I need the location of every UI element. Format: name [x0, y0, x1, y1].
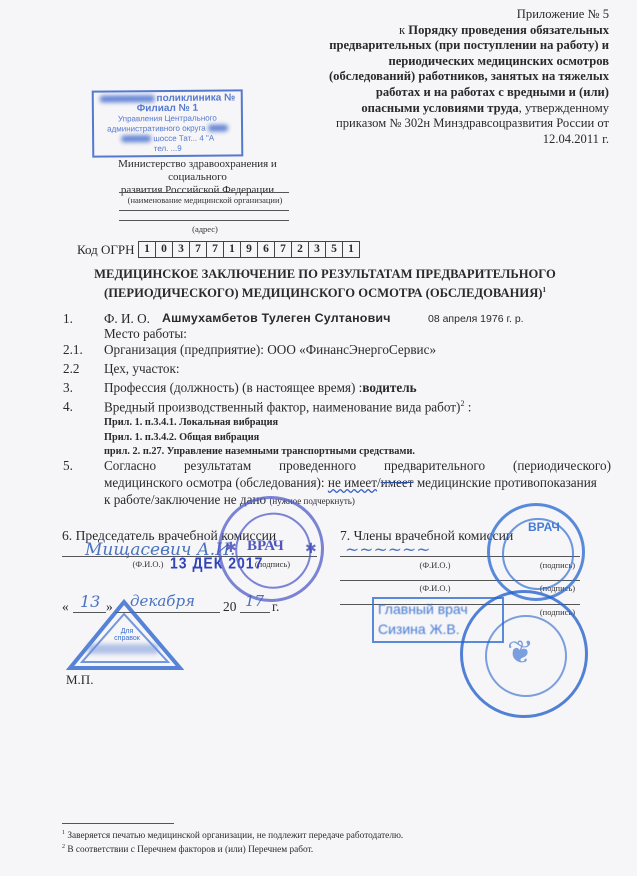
fio-caption: (Ф.И.О.) [415, 560, 455, 570]
conclusion-option-struck: имеет [381, 475, 414, 490]
stamp-vrach-text: ВРАЧ [247, 538, 284, 555]
eagle-emblem-icon: ❦ [507, 633, 534, 671]
triangle-stamp-text: Для справок [112, 628, 142, 642]
word: предварительного [384, 458, 485, 474]
conclusion-text: медицинские противопоказания [414, 475, 597, 490]
item-number: 2.2 [63, 361, 79, 377]
date-of-birth: 08 апреля 1976 г. р. [428, 313, 524, 325]
ministry-line-1: Министерство здравоохранения и социально… [90, 158, 305, 184]
member-round-stamp [487, 503, 585, 601]
footnote-divider [62, 823, 174, 824]
date-year-prefix: 20 [223, 599, 236, 615]
ogrn-label: Код ОГРН [77, 242, 135, 258]
ogrn-digit: 7 [275, 242, 292, 257]
footnote-mark: 1 [542, 286, 546, 294]
conclusion-line-1: Согласно результатам проведенного предва… [104, 458, 611, 474]
ogrn-digit: 9 [241, 242, 258, 257]
ogrn-digit: 1 [343, 242, 359, 257]
stamp-line: шоссе Тат... 4 "А [153, 134, 214, 144]
ogrn-digit: 7 [190, 242, 207, 257]
address-line-2 [119, 220, 289, 221]
ogrn-digit: 0 [156, 242, 173, 257]
appendix-prefix: к [399, 23, 408, 37]
department-label: Цех, участок: [104, 361, 180, 377]
conclusion-option-selected: не имеет [328, 475, 377, 490]
fio-value: Ашмухамбетов Тулеген Султанович [162, 311, 391, 325]
stamp-vrach-text: ВРАЧ [528, 520, 560, 534]
word: проведенного [279, 458, 356, 474]
organization-value: ООО «ФинансЭнергоСервис» [267, 342, 436, 357]
ogrn-digit: 2 [292, 242, 309, 257]
footnote-text: В соответствии с Перечнем факторов и (ил… [67, 845, 313, 855]
conclusion-text: медицинского осмотра (обследования): [104, 475, 328, 490]
ogrn-digit: 3 [309, 242, 326, 257]
fio-caption: (Ф.И.О.) [128, 559, 168, 569]
stamp-line: тел. ...9 [154, 144, 182, 153]
official-seal: ❦ [460, 590, 588, 718]
item-number: 1. [63, 311, 73, 327]
stamp-line: Управления Центрального [118, 114, 217, 124]
org-name-caption: (наименование медицинской организации) [100, 195, 310, 205]
footnote-text: Заверяется печатью медицинской организац… [67, 831, 403, 841]
appendix-number: Приложение № 5 [319, 7, 609, 23]
year-line [240, 612, 270, 613]
stamp-line: административного округа [107, 124, 206, 134]
address-line-1 [119, 210, 289, 211]
workplace-label: Место работы: [104, 326, 187, 342]
conclusion-line-2: медицинского осмотра (обследования): не … [104, 475, 597, 491]
hazards-label: Вредный производственный фактор, наимено… [104, 399, 471, 415]
hazards-colon: : [464, 399, 471, 414]
word: (периодического) [513, 458, 611, 474]
footnote-2: 2 В соответствии с Перечнем факторов и (… [62, 844, 313, 855]
footnote-mark: 2 [62, 844, 65, 850]
hazards-label-text: Вредный производственный фактор, наимено… [104, 399, 460, 414]
title-line-2: (ПЕРИОДИЧЕСКОГО) МЕДИЦИНСКОГО ОСМОТРА (О… [104, 286, 542, 300]
seal-place-label: М.П. [66, 672, 93, 688]
member-signature: ~~~~~~ [345, 540, 430, 560]
title-line-1: МЕДИЦИНСКОЕ ЗАКЛЮЧЕНИЕ ПО РЕЗУЛЬТАТАМ ПР… [70, 266, 580, 282]
organization-field: Организация (предприятие): ООО «ФинансЭн… [104, 342, 436, 358]
ogrn-code: 1037719672351 [138, 241, 360, 258]
appendix-note: Приложение № 5 к Порядку проведения обяз… [319, 7, 609, 147]
star-icon: ✱ [305, 541, 317, 558]
hazard-item: Прил. 1. п.3.4.1. Локальная вибрация [104, 417, 278, 428]
ogrn-digit: 6 [258, 242, 275, 257]
ogrn-digit: 3 [173, 242, 190, 257]
item-number: 5. [63, 458, 73, 474]
item-number: 4. [63, 399, 73, 415]
address-caption: (адрес) [100, 224, 310, 234]
hazard-item: прил. 2. п.27. Управление наземными тран… [104, 446, 415, 457]
profession-field: Профессия (должность) (в настоящее время… [104, 380, 417, 396]
item-number: 3. [63, 380, 73, 396]
ogrn-digit: 5 [326, 242, 343, 257]
organization-stamp: поликлиника № Филиал № 1 Управления Цент… [92, 89, 244, 157]
fio-label: Ф. И. О. [104, 311, 150, 327]
hazard-item: Прил. 1. п.3.4.2. Общая вибрация [104, 432, 259, 443]
document-title: МЕДИЦИНСКОЕ ЗАКЛЮЧЕНИЕ ПО РЕЗУЛЬТАТАМ ПР… [70, 266, 580, 301]
word: результатам [184, 458, 251, 474]
ogrn-digit: 1 [224, 242, 241, 257]
fio-caption: (Ф.И.О.) [415, 583, 455, 593]
ogrn-digit: 1 [139, 242, 156, 257]
profession-label: Профессия (должность) (в настоящее время… [104, 380, 362, 395]
organization-label: Организация (предприятие): [104, 342, 267, 357]
profession-value: водитель [362, 380, 416, 395]
conclusion-line-3: к работе/заключение не дано (нужное подч… [104, 492, 355, 508]
footnote-1: 1 Заверяется печатью медицинской организ… [62, 830, 403, 841]
item-number: 2.1. [63, 342, 83, 358]
ogrn-digit: 7 [207, 242, 224, 257]
word: Согласно [104, 458, 156, 474]
org-name-line [119, 192, 289, 193]
footnote-mark: 1 [62, 830, 65, 836]
star-icon: ✱ [225, 540, 237, 557]
